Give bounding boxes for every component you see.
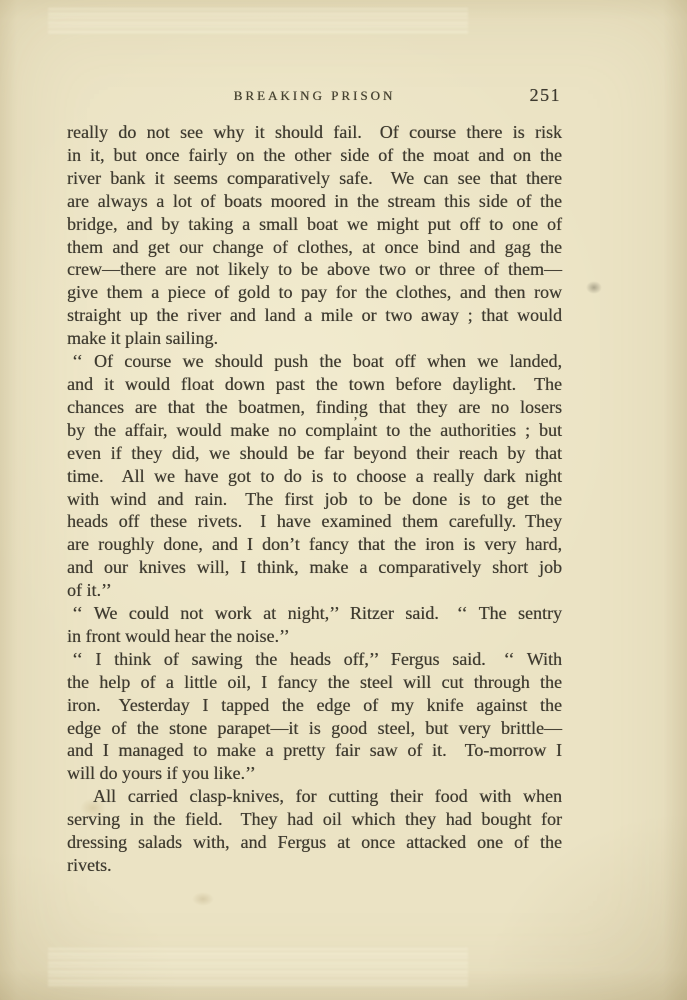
text-line: and it would float down past the town be… xyxy=(67,373,562,396)
page-body: really do not see why it should fail. Of… xyxy=(67,121,562,877)
text-line: are always a lot of boats moored in the … xyxy=(67,190,562,213)
running-title: BREAKING PRISON xyxy=(67,88,562,104)
text-line: iron. Yesterday I tapped the edge of my … xyxy=(67,694,562,717)
text-line: edge of the stone parapet—it is good ste… xyxy=(67,717,562,740)
text-line: them and get our change of clothes, at o… xyxy=(67,236,562,259)
text-line: of it.’’ xyxy=(67,579,562,602)
text-line: ‘‘ Of course we should push the boat off… xyxy=(67,350,562,373)
text-line: All carried clasp-knives, for cutting th… xyxy=(67,785,562,808)
text-line: chances are that the boatmen, finding th… xyxy=(67,396,562,419)
text-line: will do yours if you like.’’ xyxy=(67,762,562,785)
text-line: the help of a little oil, I fancy the st… xyxy=(67,671,562,694)
text-line: dressing salads with, and Fergus at once… xyxy=(67,831,562,854)
text-line: ‘‘ I think of sawing the heads off,’’ Fe… xyxy=(67,648,562,671)
text-line: river bank it seems comparatively safe. … xyxy=(67,167,562,190)
text-line: crew—there are not likely to be above tw… xyxy=(67,258,562,281)
text-line: really do not see why it should fail. Of… xyxy=(67,121,562,144)
text-block: BREAKING PRISON 251 really do not see wh… xyxy=(67,85,562,107)
text-line: straight up the river and land a mile or… xyxy=(67,304,562,327)
page-number: 251 xyxy=(530,85,562,106)
stray-ink-mark: ’ xyxy=(353,415,358,431)
text-line: time. All we have got to do is to choose… xyxy=(67,465,562,488)
scan-streak-bottom xyxy=(48,948,468,988)
text-line: in front would hear the noise.’’ xyxy=(67,625,562,648)
paragraph: ‘‘ Of course we should push the boat off… xyxy=(67,350,562,602)
text-line: give them a piece of gold to pay for the… xyxy=(67,281,562,304)
smudge-mark xyxy=(586,281,602,294)
text-line: and our knives will, I think, make a com… xyxy=(67,556,562,579)
text-line: in it, but once fairly on the other side… xyxy=(67,144,562,167)
paragraph: really do not see why it should fail. Of… xyxy=(67,121,562,350)
text-line: and I managed to make a pretty fair saw … xyxy=(67,739,562,762)
smudge-mark xyxy=(192,892,214,906)
text-line: even if they did, we should be far beyon… xyxy=(67,442,562,465)
text-line: serving in the field. They had oil which… xyxy=(67,808,562,831)
paragraph: ‘‘ I think of sawing the heads off,’’ Fe… xyxy=(67,648,562,785)
text-line: ‘‘ We could not work at night,’’ Ritzer … xyxy=(67,602,562,625)
text-line: rivets. xyxy=(67,854,562,877)
text-line: with wind and rain. The first job to be … xyxy=(67,488,562,511)
scan-streak-top xyxy=(48,8,468,34)
running-head: BREAKING PRISON 251 xyxy=(67,85,562,107)
paragraph: All carried clasp-knives, for cutting th… xyxy=(67,785,562,877)
text-line: are roughly done, and I don’t fancy that… xyxy=(67,533,562,556)
book-page: BREAKING PRISON 251 really do not see wh… xyxy=(0,0,687,1000)
text-line: make it plain sailing. xyxy=(67,327,562,350)
paragraph: ‘‘ We could not work at night,’’ Ritzer … xyxy=(67,602,562,648)
text-line: by the affair, would make no complaint t… xyxy=(67,419,562,442)
text-line: heads off these rivets. I have examined … xyxy=(67,510,562,533)
text-line: bridge, and by taking a small boat we mi… xyxy=(67,213,562,236)
